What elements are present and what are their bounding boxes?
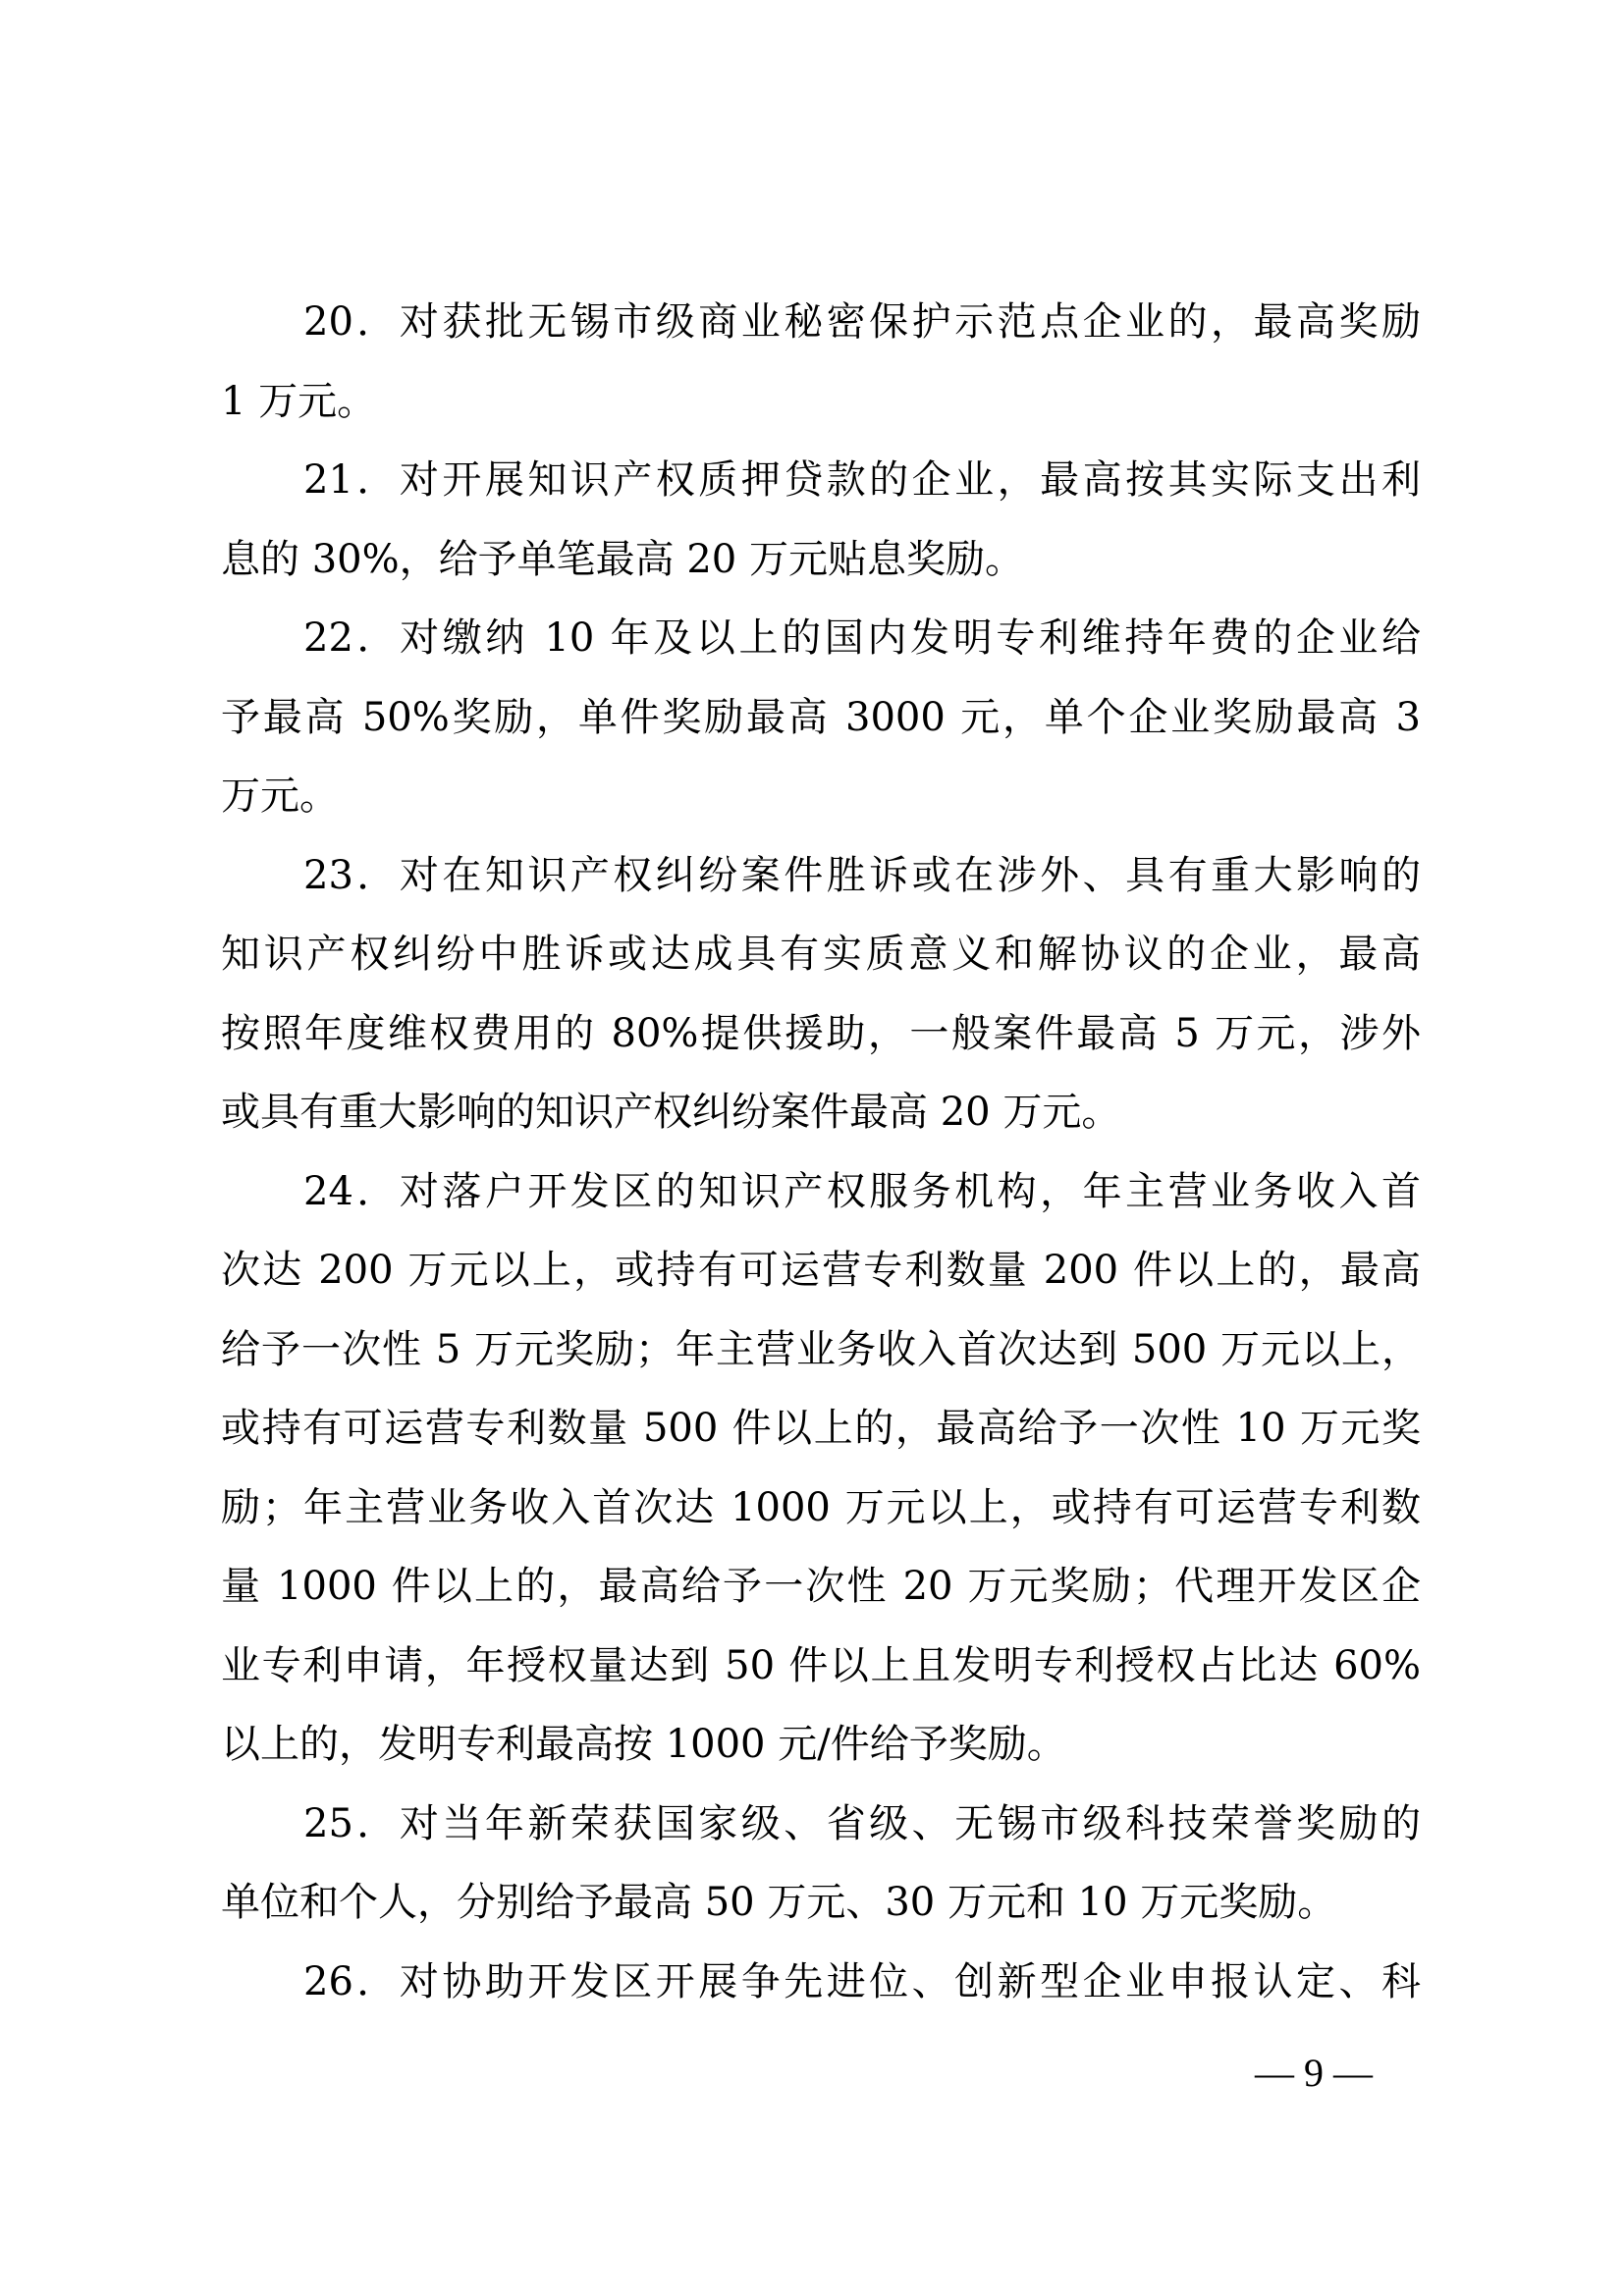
paragraph-line: 次达 200 万元以上，或持有可运营专利数量 200 件以上的，最高 bbox=[221, 1231, 1421, 1310]
page-number: — 9 — bbox=[1245, 2050, 1382, 2096]
paragraph-line: 或具有重大影响的知识产权纠纷案件最高 20 万元。 bbox=[221, 1073, 1421, 1152]
paragraph-line: 以上的，发明专利最高按 1000 元/件给予奖励。 bbox=[221, 1705, 1421, 1785]
paragraph-line: 20．对获批无锡市级商业秘密保护示范点企业的，最高奖励 bbox=[221, 283, 1421, 362]
paragraph-line: 万元。 bbox=[221, 757, 1421, 836]
paragraph-24: 24．对落户开发区的知识产权服务机构，年主营业务收入首 次达 200 万元以上，… bbox=[221, 1152, 1421, 1785]
document-page: 20．对获批无锡市级商业秘密保护示范点企业的，最高奖励 1 万元。 21．对开展… bbox=[0, 0, 1624, 2296]
paragraph-line: 予最高 50%奖励，单件奖励最高 3000 元，单个企业奖励最高 3 bbox=[221, 678, 1421, 758]
paragraph-21: 21．对开展知识产权质押贷款的企业，最高按其实际支出利 息的 30%，给予单笔最… bbox=[221, 441, 1421, 599]
paragraph-line: 单位和个人，分别给予最高 50 万元、30 万元和 10 万元奖励。 bbox=[221, 1863, 1421, 1943]
paragraph-line: 23．对在知识产权纠纷案件胜诉或在涉外、具有重大影响的 bbox=[221, 836, 1421, 916]
paragraph-line: 1 万元。 bbox=[221, 362, 1421, 442]
paragraph-line: 知识产权纠纷中胜诉或达成具有实质意义和解协议的企业，最高 bbox=[221, 915, 1421, 994]
paragraph-line: 励；年主营业务收入首次达 1000 万元以上，或持有可运营专利数 bbox=[221, 1468, 1421, 1548]
paragraph-line: 量 1000 件以上的，最高给予一次性 20 万元奖励；代理开发区企 bbox=[221, 1547, 1421, 1627]
paragraph-line: 业专利申请，年授权量达到 50 件以上且发明专利授权占比达 60% bbox=[221, 1627, 1421, 1706]
paragraph-line: 25．对当年新荣获国家级、省级、无锡市级科技荣誉奖励的 bbox=[221, 1785, 1421, 1864]
paragraph-line: 21．对开展知识产权质押贷款的企业，最高按其实际支出利 bbox=[221, 441, 1421, 520]
paragraph-20: 20．对获批无锡市级商业秘密保护示范点企业的，最高奖励 1 万元。 bbox=[221, 283, 1421, 441]
paragraph-26: 26．对协助开发区开展争先进位、创新型企业申报认定、科 bbox=[221, 1943, 1421, 2022]
paragraph-line: 给予一次性 5 万元奖励；年主营业务收入首次达到 500 万元以上， bbox=[221, 1310, 1421, 1390]
paragraph-line: 按照年度维权费用的 80%提供援助，一般案件最高 5 万元，涉外 bbox=[221, 994, 1421, 1074]
paragraph-line: 或持有可运营专利数量 500 件以上的，最高给予一次性 10 万元奖 bbox=[221, 1389, 1421, 1468]
paragraph-25: 25．对当年新荣获国家级、省级、无锡市级科技荣誉奖励的 单位和个人，分别给予最高… bbox=[221, 1785, 1421, 1943]
paragraph-line: 22．对缴纳 10 年及以上的国内发明专利维持年费的企业给 bbox=[221, 599, 1421, 678]
paragraph-line: 26．对协助开发区开展争先进位、创新型企业申报认定、科 bbox=[221, 1943, 1421, 2022]
paragraph-line: 24．对落户开发区的知识产权服务机构，年主营业务收入首 bbox=[221, 1152, 1421, 1232]
paragraph-23: 23．对在知识产权纠纷案件胜诉或在涉外、具有重大影响的 知识产权纠纷中胜诉或达成… bbox=[221, 836, 1421, 1152]
paragraph-line: 息的 30%，给予单笔最高 20 万元贴息奖励。 bbox=[221, 520, 1421, 600]
document-body: 20．对获批无锡市级商业秘密保护示范点企业的，最高奖励 1 万元。 21．对开展… bbox=[221, 283, 1421, 2021]
paragraph-22: 22．对缴纳 10 年及以上的国内发明专利维持年费的企业给 予最高 50%奖励，… bbox=[221, 599, 1421, 836]
